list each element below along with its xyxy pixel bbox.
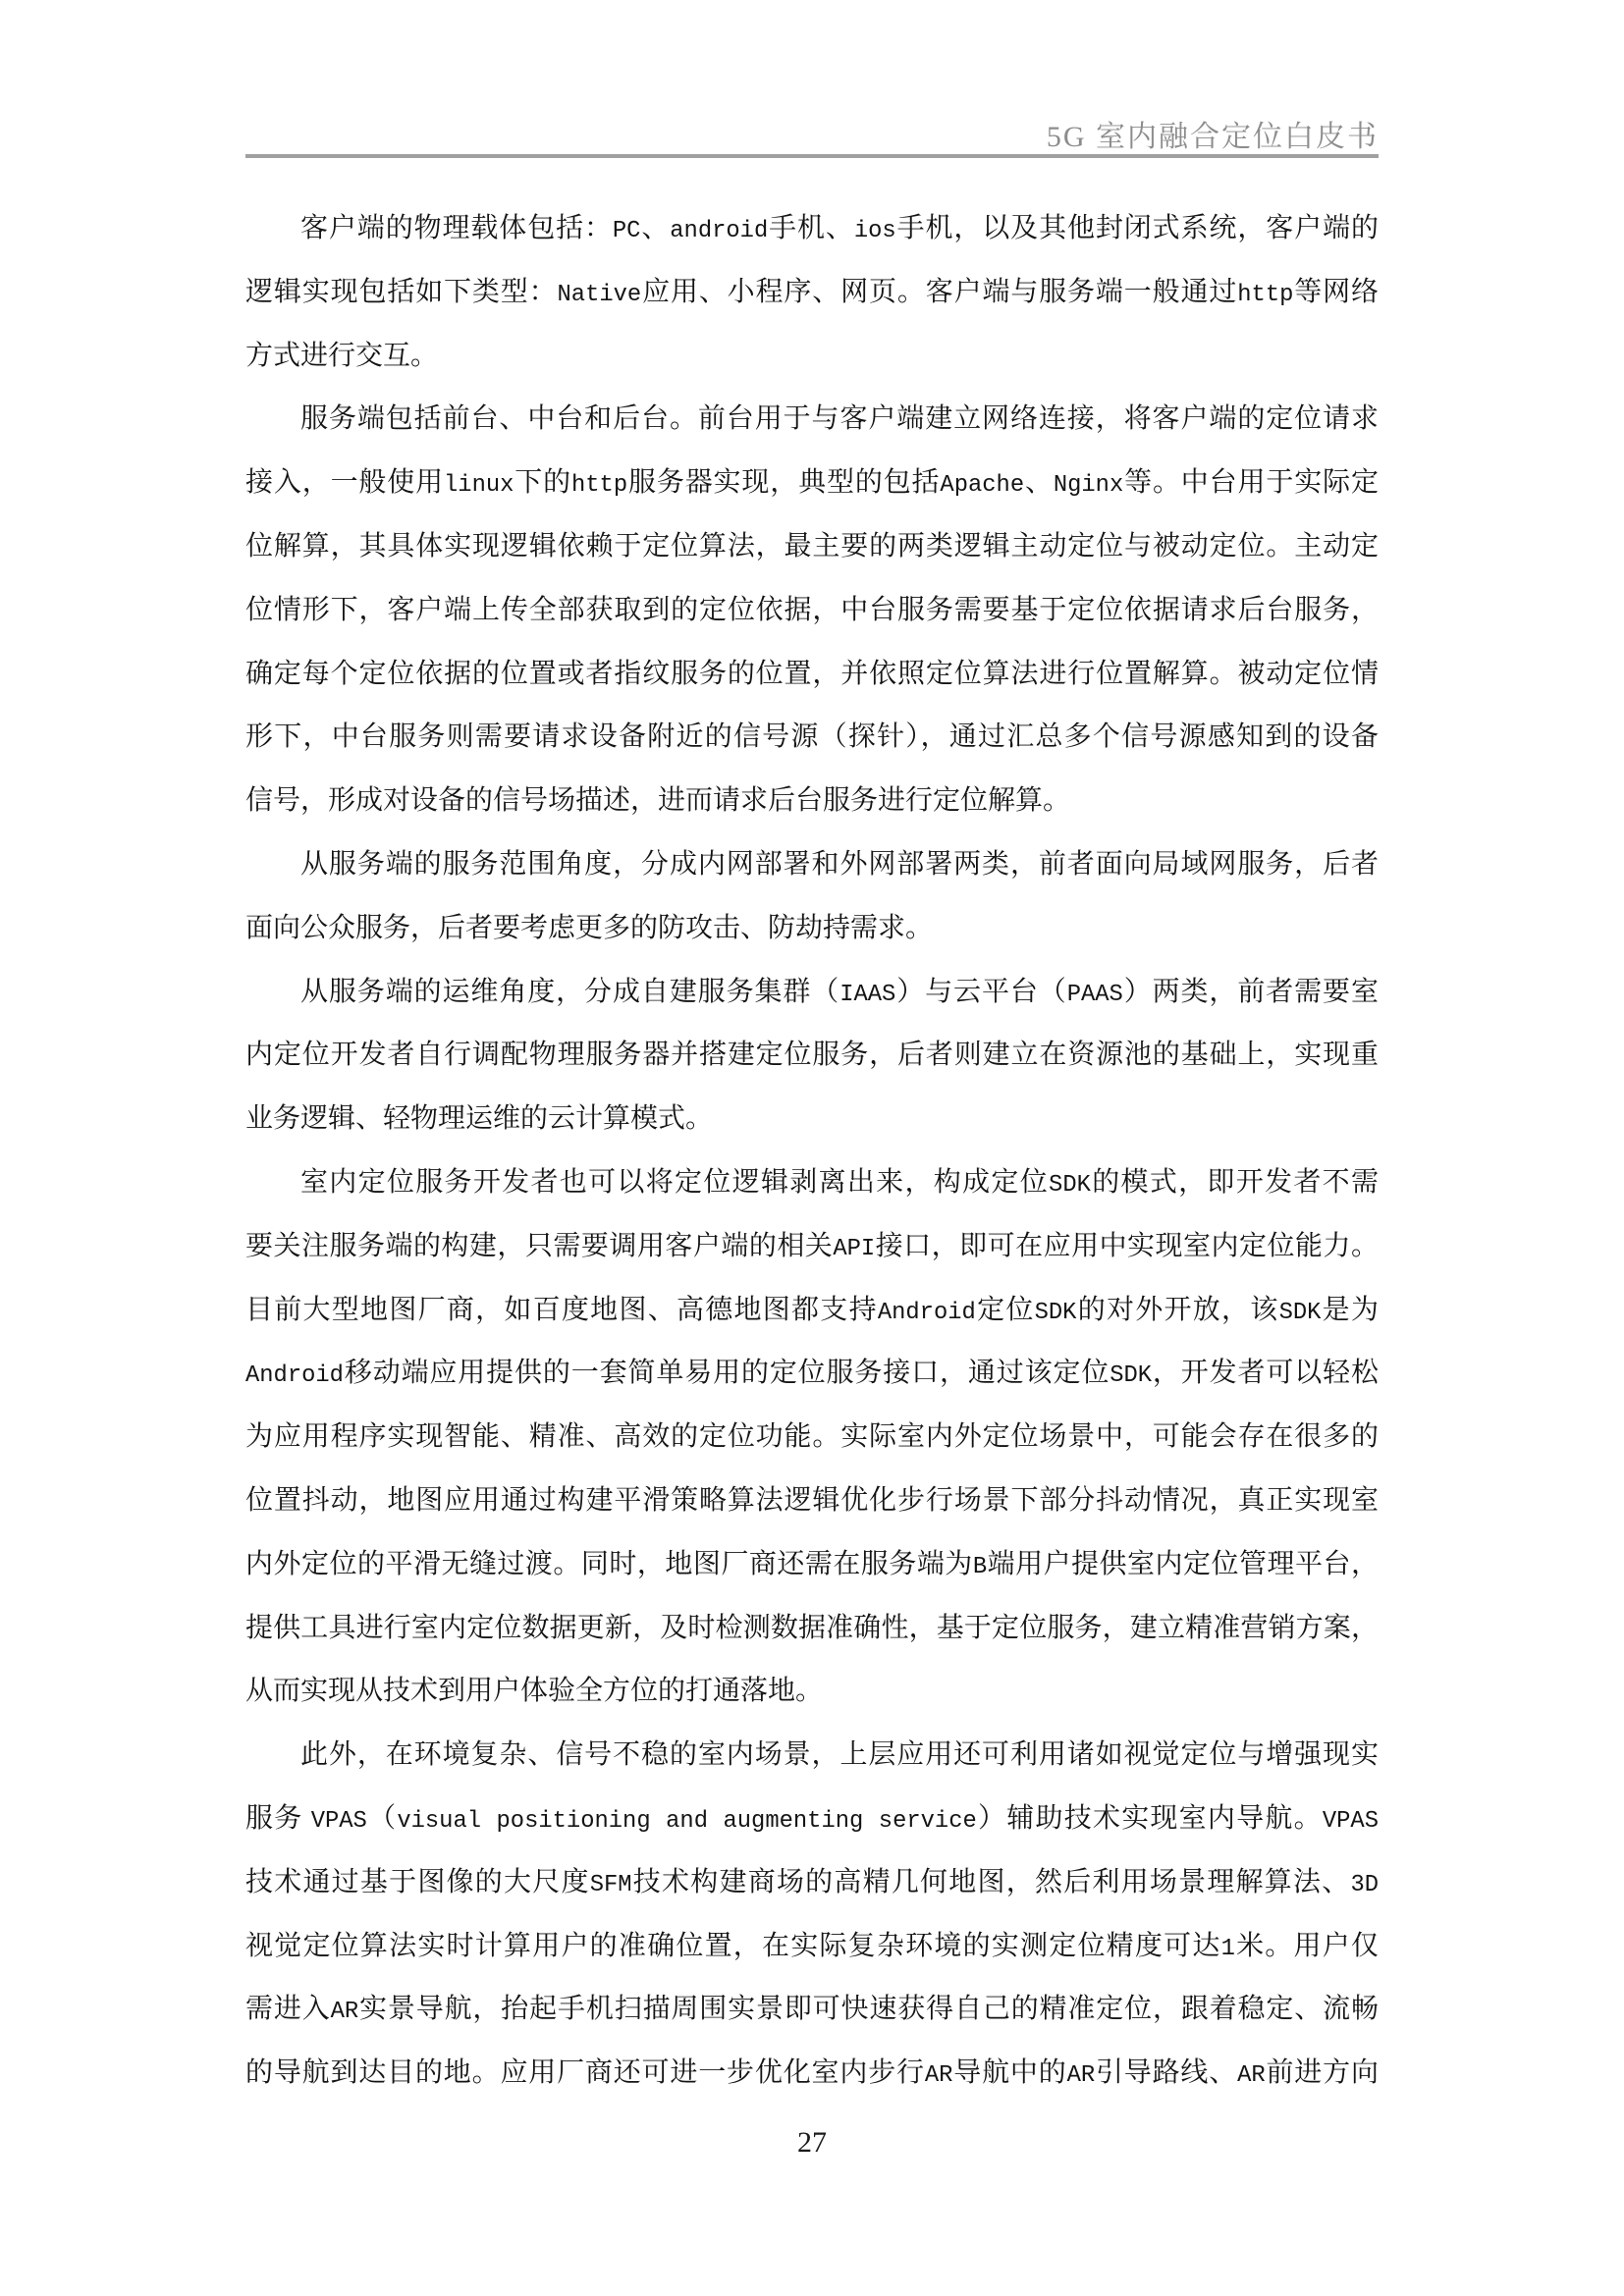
latin-text: Android: [245, 1362, 344, 1389]
document-page: 5G 室内融合定位白皮书 客户端的物理载体包括：PC、android手机、ios…: [0, 0, 1624, 2296]
text-line: 需进入AR实景导航，抬起手机扫描周围实景即可快速获得自己的精准定位，跟着稳定、流…: [245, 1978, 1379, 2042]
latin-text: 3D: [1350, 1872, 1379, 1898]
latin-text: linux: [444, 472, 514, 499]
text-line: 面向公众服务，后者要考虑更多的防攻击、防劫持需求。: [245, 897, 1379, 961]
latin-text: AR: [331, 1999, 359, 2025]
page-number: 27: [0, 2123, 1624, 2163]
latin-text: SDK: [1279, 1300, 1322, 1326]
text-line: 为应用程序实现智能、精准、高效的定位功能。实际室内外定位场景中，可能会存在很多的: [245, 1406, 1379, 1469]
text-line: 内外定位的平滑无缝过渡。同时，地图厂商还需在服务端为B端用户提供室内定位管理平台…: [245, 1533, 1379, 1597]
latin-text: Nginx: [1054, 472, 1123, 499]
text-line: 从而实现从技术到用户体验全方位的打通落地。: [245, 1660, 1379, 1724]
latin-text: AR: [925, 2062, 953, 2089]
text-line: 从服务端的运维角度，分成自建服务集群（IAAS）与云平台（PAAS）两类，前者需…: [245, 961, 1379, 1025]
text-line: 逻辑实现包括如下类型：Native应用、小程序、网页。客户端与服务端一般通过ht…: [245, 261, 1379, 325]
text-line: Android移动端应用提供的一套简单易用的定位服务接口，通过该定位SDK，开发…: [245, 1342, 1379, 1406]
latin-text: SDK: [1049, 1172, 1091, 1199]
latin-text: PC: [613, 218, 641, 244]
text-line: 的导航到达目的地。应用厂商还可进一步优化室内步行AR导航中的AR引导路线、AR前…: [245, 2042, 1379, 2106]
latin-text: visual positioning and augmenting servic…: [397, 1808, 976, 1835]
text-line: 接入，一般使用linux下的http服务器实现，典型的包括Apache、Ngin…: [245, 452, 1379, 515]
header-rule: [245, 154, 1379, 158]
text-line: 室内定位服务开发者也可以将定位逻辑剥离出来，构成定位SDK的模式，即开发者不需: [245, 1151, 1379, 1215]
text-line: 从服务端的服务范围角度，分成内网部署和外网部署两类，前者面向局域网服务，后者: [245, 833, 1379, 897]
text-line: 业务逻辑、轻物理运维的云计算模式。: [245, 1088, 1379, 1151]
text-line: 要关注服务端的构建，只需要调用客户端的相关API接口，即可在应用中实现室内定位能…: [245, 1215, 1379, 1279]
latin-text: http: [571, 472, 627, 499]
header-title: 5G 室内融合定位白皮书: [1047, 119, 1379, 156]
paragraph: 此外，在环境复杂、信号不稳的室内场景，上层应用还可利用诸如视觉定位与增强现实服务…: [245, 1724, 1379, 2106]
paragraph: 室内定位服务开发者也可以将定位逻辑剥离出来，构成定位SDK的模式，即开发者不需要…: [245, 1151, 1379, 1724]
text-line: 位情形下，客户端上传全部获取到的定位依据，中台服务需要基于定位依据请求后台服务，: [245, 579, 1379, 643]
latin-text: AR: [1237, 2062, 1266, 2089]
text-line: 服务端包括前台、中台和后台。前台用于与客户端建立网络连接，将客户端的定位请求: [245, 388, 1379, 452]
latin-text: Android: [878, 1300, 976, 1326]
text-line: 信号，形成对设备的信号场描述，进而请求后台服务进行定位解算。: [245, 770, 1379, 833]
latin-text: VPAS: [1323, 1808, 1379, 1835]
latin-text: 1: [1221, 1936, 1235, 1962]
paragraph: 服务端包括前台、中台和后台。前台用于与客户端建立网络连接，将客户端的定位请求接入…: [245, 388, 1379, 833]
text-line: 客户端的物理载体包括：PC、android手机、ios手机，以及其他封闭式系统，…: [245, 197, 1379, 261]
latin-text: API: [833, 1236, 875, 1262]
latin-text: VPAS: [311, 1808, 367, 1835]
latin-text: Native: [558, 282, 642, 308]
text-line: 内定位开发者自行调配物理服务器并搭建定位服务，后者则建立在资源池的基础上，实现重: [245, 1024, 1379, 1088]
paragraph: 从服务端的运维角度，分成自建服务集群（IAAS）与云平台（PAAS）两类，前者需…: [245, 961, 1379, 1151]
text-line: 视觉定位算法实时计算用户的准确位置，在实际复杂环境的实测定位精度可达1米。用户仅: [245, 1915, 1379, 1979]
text-line: 目前大型地图厂商，如百度地图、高德地图都支持Android定位SDK的对外开放，…: [245, 1279, 1379, 1343]
paragraph: 从服务端的服务范围角度，分成内网部署和外网部署两类，前者面向局域网服务，后者面向…: [245, 833, 1379, 961]
document-body: 客户端的物理载体包括：PC、android手机、ios手机，以及其他封闭式系统，…: [245, 197, 1379, 2106]
latin-text: IAAS: [839, 982, 895, 1008]
text-line: 服务 VPAS（visual positioning and augmentin…: [245, 1788, 1379, 1851]
latin-text: SDK: [1110, 1362, 1152, 1389]
text-line: 此外，在环境复杂、信号不稳的室内场景，上层应用还可利用诸如视觉定位与增强现实: [245, 1724, 1379, 1788]
text-line: 技术通过基于图像的大尺度SFM技术构建商场的高精几何地图，然后利用场景理解算法、…: [245, 1851, 1379, 1915]
latin-text: SFM: [590, 1872, 632, 1898]
latin-text: B: [973, 1554, 987, 1580]
latin-text: AR: [1067, 2062, 1096, 2089]
text-line: 提供工具进行室内定位数据更新，及时检测数据准确性，基于定位服务，建立精准营销方案…: [245, 1597, 1379, 1661]
latin-text: http: [1237, 282, 1293, 308]
text-line: 方式进行交互。: [245, 325, 1379, 389]
latin-text: ios: [854, 218, 896, 244]
latin-text: PAAS: [1067, 982, 1123, 1008]
latin-text: android: [670, 218, 768, 244]
text-line: 形下，中台服务则需要请求设备附近的信号源（探针），通过汇总多个信号源感知到的设备: [245, 706, 1379, 770]
paragraph: 客户端的物理载体包括：PC、android手机、ios手机，以及其他封闭式系统，…: [245, 197, 1379, 388]
latin-text: Apache: [940, 472, 1024, 499]
text-line: 位置抖动，地图应用通过构建平滑策略算法逻辑优化步行场景下部分抖动情况，真正实现室: [245, 1469, 1379, 1533]
text-line: 确定每个定位依据的位置或者指纹服务的位置，并依照定位算法进行位置解算。被动定位情: [245, 643, 1379, 707]
text-line: 位解算，其具体实现逻辑依赖于定位算法，最主要的两类逻辑主动定位与被动定位。主动定: [245, 515, 1379, 579]
latin-text: SDK: [1035, 1300, 1077, 1326]
